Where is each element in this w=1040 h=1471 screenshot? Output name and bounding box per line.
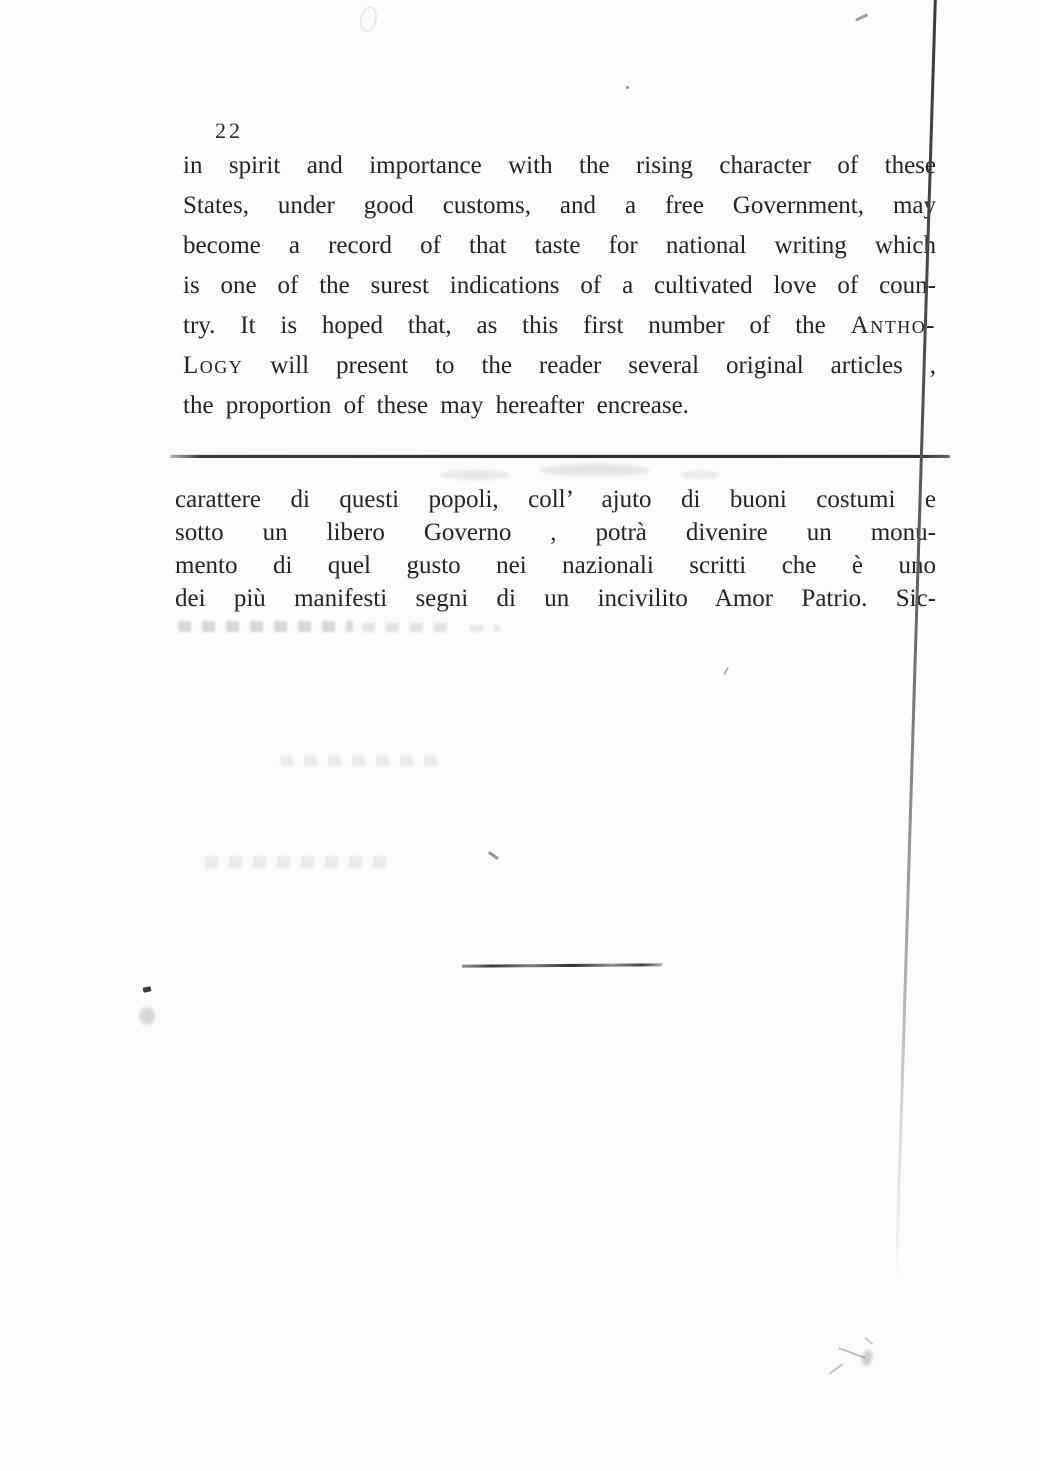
ghost-text-smear xyxy=(178,621,353,632)
english-line-7: the proportion of these may hereafter en… xyxy=(183,386,936,426)
stray-tick-mark xyxy=(723,667,729,675)
scribble-stroke xyxy=(829,1364,843,1374)
english-line-6: Logy will present to the reader several … xyxy=(183,346,936,386)
margin-tick-mark xyxy=(143,986,152,993)
ink-smudge xyxy=(440,470,510,480)
english-line-1: in spirit and importance with the rising… xyxy=(183,146,936,186)
italian-line-1: carattere di questi popoli, coll’ ajuto … xyxy=(175,483,936,516)
ink-smudge xyxy=(680,471,720,479)
margin-smudge xyxy=(139,1007,155,1025)
ghost-text-smear xyxy=(362,623,457,632)
page-number: 22 xyxy=(215,118,243,144)
scribble-stroke xyxy=(865,1337,874,1345)
italian-line-2: sotto un libero Governo , potrà divenire… xyxy=(175,516,936,549)
english-paragraph: in spirit and importance with the rising… xyxy=(183,146,936,426)
ghost-text-smear xyxy=(205,856,395,868)
scanned-book-page: 22 in spirit and importance with the ris… xyxy=(0,0,1040,1471)
ink-speck xyxy=(626,86,629,89)
english-line-5: try. It is hoped that, as this first num… xyxy=(183,306,936,346)
stray-tick-mark xyxy=(488,851,498,859)
scribble-blot xyxy=(860,1349,874,1367)
ghost-text-smear xyxy=(470,625,500,632)
italian-paragraph: carattere di questi popoli, coll’ ajuto … xyxy=(175,483,936,615)
section-divider-rule xyxy=(170,455,950,458)
english-line-6-text: will present to the reader several origi… xyxy=(270,352,936,379)
italian-line-4: dei più manifesti segni di un incivilito… xyxy=(175,582,936,615)
anthology-smallcaps-part2: Logy xyxy=(183,352,243,379)
ink-smudge xyxy=(540,464,650,476)
ghost-numeral-ring xyxy=(357,5,379,34)
italian-line-3: mento di quel gusto nei nazionali scritt… xyxy=(175,549,936,582)
english-line-4: is one of the surest indications of a cu… xyxy=(183,266,936,306)
footnote-rule xyxy=(462,963,662,967)
ghost-text-smear xyxy=(280,756,440,766)
english-line-3: become a record of that taste for nation… xyxy=(183,226,936,266)
stray-tick-mark xyxy=(855,13,868,21)
pencil-scribble xyxy=(826,1336,886,1384)
english-line-5-text: try. It is hoped that, as this first num… xyxy=(183,312,826,339)
english-line-2: States, under good customs, and a free G… xyxy=(183,186,936,226)
